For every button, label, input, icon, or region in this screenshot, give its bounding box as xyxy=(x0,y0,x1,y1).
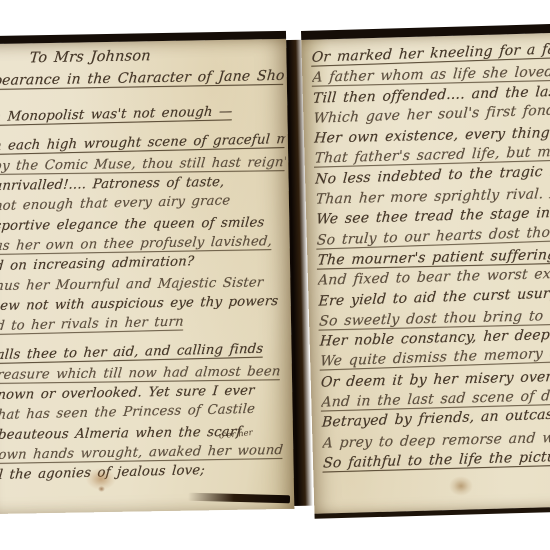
left-page-text: To Mrs Johnson pearance in the Character… xyxy=(0,43,290,495)
photo-background: To Mrs Johnson pearance in the Character… xyxy=(0,0,550,550)
manuscript-line: n Monopolist was't not enough — xyxy=(0,101,285,128)
stanza: n Monopolist was't not enough — xyxy=(0,103,284,128)
right-page-text: Or marked her kneeling for a fatheA fath… xyxy=(310,41,550,474)
right-page: Or marked her kneeling for a fatheA fath… xyxy=(301,24,550,519)
stanza: n each high wrought scene of graceful mi… xyxy=(0,132,287,337)
left-page: To Mrs Johnson pearance in the Character… xyxy=(0,31,294,514)
stanza: alls thee to her aid, and calling findsr… xyxy=(0,341,290,486)
open-manuscript-book: To Mrs Johnson pearance in the Character… xyxy=(0,0,550,550)
dedication-subheading: pearance in the Character of Jane Shore xyxy=(0,65,285,92)
